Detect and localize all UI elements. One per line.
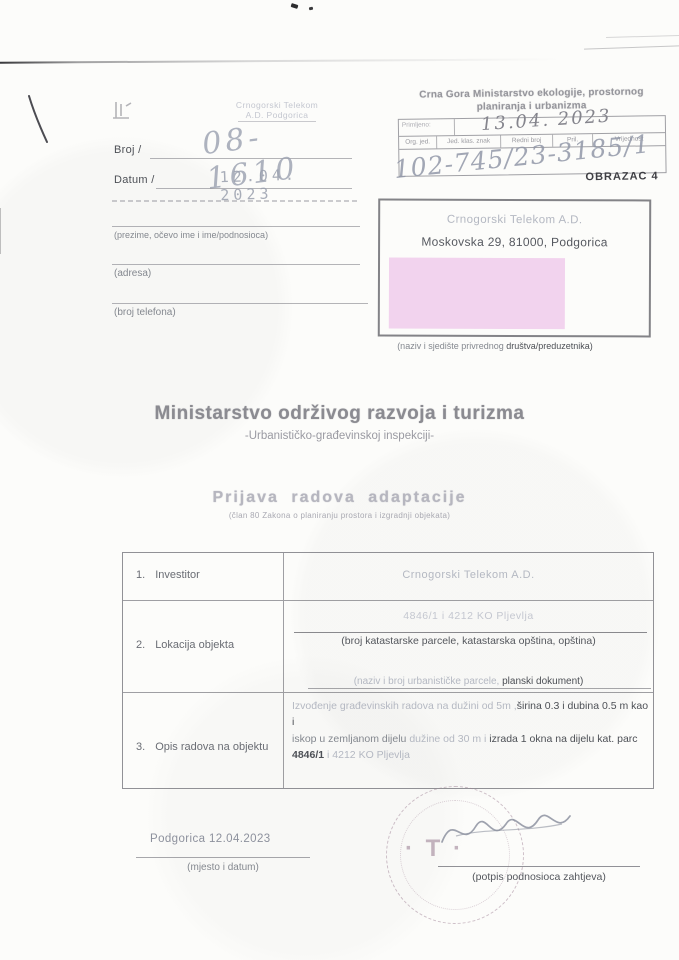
- signature-caption: (potpis podnosioca zahtjeva): [438, 871, 640, 883]
- opis-line2-dark: izrada 1 okna na dijelu kat. parc: [489, 733, 637, 745]
- opis-line2-med: iskop u zemljanom dijelu: [292, 733, 409, 745]
- name-fill-line: [112, 226, 360, 227]
- applicant-box-caption-dark: društva/preduzetnika): [506, 341, 593, 351]
- signature-line: [438, 866, 640, 867]
- signature-scribble: [436, 798, 576, 862]
- phone-caption: (broj telefona): [114, 307, 176, 318]
- pink-redaction-box: [389, 258, 565, 330]
- scan-artifact-line: [606, 35, 679, 38]
- row3-label: 3.Opis radova na objektu: [123, 693, 284, 788]
- opis-line3-faint: i 4212 KO Pljevlja: [324, 749, 410, 761]
- parcel-number-value: 4846/1 i 4212 KO Pljevlja: [284, 610, 653, 622]
- table-row-investitor: 1.Investitor Crnogorski Telekom A.D.: [123, 553, 653, 600]
- opis-line2-faint: dužine od 30 m i: [409, 733, 489, 745]
- faint-stamp-mark: [110, 98, 136, 124]
- scanned-document-page: Crnogorski Telekom A.D. Podgorica Broj /…: [0, 0, 679, 960]
- row2-label-text: Lokacija objekta: [155, 639, 234, 651]
- applicant-box: Crnogorski Telekom A.D. Moskovska 29, 81…: [378, 199, 651, 338]
- illegible-caption-line: [112, 200, 358, 202]
- obrazac-label: OBRAZAC 4: [585, 170, 658, 183]
- place-date-caption: (mjesto i datum): [136, 862, 310, 873]
- row3-number: 3.: [136, 741, 145, 753]
- receipt-stamp-block: Crna Gora Ministarstvo ekologije, prosto…: [397, 86, 666, 177]
- sender-stamp-block: Crnogorski Telekom A.D. Podgorica Broj /…: [108, 92, 352, 208]
- scan-speck: [309, 7, 314, 11]
- col-org-jed: Org. jed.: [399, 136, 437, 149]
- scan-speck: [291, 3, 299, 9]
- scan-artifact-line: [584, 45, 679, 49]
- applicant-box-caption: (naziv i sjedište privrednog društva/pre…: [330, 341, 660, 351]
- datum-label: Datum /: [114, 174, 155, 186]
- row3-label-text: Opis radova na objektu: [155, 741, 268, 753]
- receipt-stamp-table: Primljeno: Org. jed. Jed. klas. znak Red…: [398, 115, 667, 177]
- plan-caption-faint: (naziv i broj urbanističke parcele,: [354, 676, 502, 687]
- place-and-date: Podgorica 12.04.2023: [150, 833, 271, 845]
- row3-value-cell: Izvođenje građevinskih radova na dužini …: [284, 693, 653, 788]
- table-row-opis-radova: 3.Opis radova na objektu Izvođenje građe…: [123, 692, 653, 788]
- row2-value-cell: 4846/1 i 4212 KO Pljevlja (broj katastar…: [284, 601, 653, 692]
- parcel-fill-line: [294, 632, 647, 633]
- row1-number: 1.: [136, 569, 145, 581]
- plan-fill-line: [308, 688, 651, 689]
- ministry-subtitle: -Urbanističko-građevinskoj inspekciji-: [0, 430, 679, 442]
- scan-artifact-line: [0, 58, 562, 63]
- name-caption: (prezime, očevo ime i ime/podnosioca): [114, 230, 268, 240]
- opis-line1-faint: Izvođenje građevinskih radova na dužini …: [292, 700, 517, 712]
- plan-caption: (naziv i broj urbanističke parcele, plan…: [284, 676, 653, 687]
- place-date-line: [136, 857, 310, 858]
- applicant-box-caption-faint: (naziv i sjedište privrednog: [397, 341, 506, 351]
- table-row-lokacija: 2.Lokacija objekta 4846/1 i 4212 KO Plje…: [123, 600, 653, 692]
- scan-artifact-edge: [0, 208, 1, 254]
- opis-line3-dark: 4846/1: [292, 749, 324, 761]
- phone-fill-line: [112, 303, 368, 304]
- broj-label: Broj /: [114, 144, 141, 156]
- row2-label: 2.Lokacija objekta: [123, 601, 284, 692]
- row1-label-text: Investitor: [155, 569, 200, 581]
- parcel-caption: (broj katastarske parcele, katastarska o…: [284, 635, 653, 647]
- address-caption: (adresa): [114, 268, 151, 279]
- datum-handwritten-value: 12.04. 2023: [219, 164, 352, 205]
- works-description: Izvođenje građevinskih radova na dužini …: [292, 698, 649, 763]
- row1-value: Crnogorski Telekom A.D.: [284, 553, 653, 600]
- pen-mark: [24, 92, 64, 148]
- applicant-company-address: Moskovska 29, 81000, Podgorica: [380, 235, 649, 250]
- ministry-title: Ministarstvo održivog razvoja i turizma: [0, 403, 679, 425]
- form-title: Prijava radova adaptacije: [0, 489, 679, 507]
- row1-label: 1.Investitor: [123, 553, 284, 600]
- row2-number: 2.: [136, 639, 145, 651]
- form-subtitle: (član 80 Zakona o planiranju prostora i …: [0, 511, 679, 520]
- sender-company-line1: Crnogorski Telekom: [202, 100, 352, 110]
- form-table: 1.Investitor Crnogorski Telekom A.D. 2.L…: [122, 552, 654, 789]
- applicant-company-name: Crnogorski Telekom A.D.: [380, 214, 649, 227]
- address-fill-line: [112, 264, 360, 265]
- plan-caption-dark: planski dokument): [502, 676, 583, 687]
- received-label: Primljeno:: [399, 119, 455, 136]
